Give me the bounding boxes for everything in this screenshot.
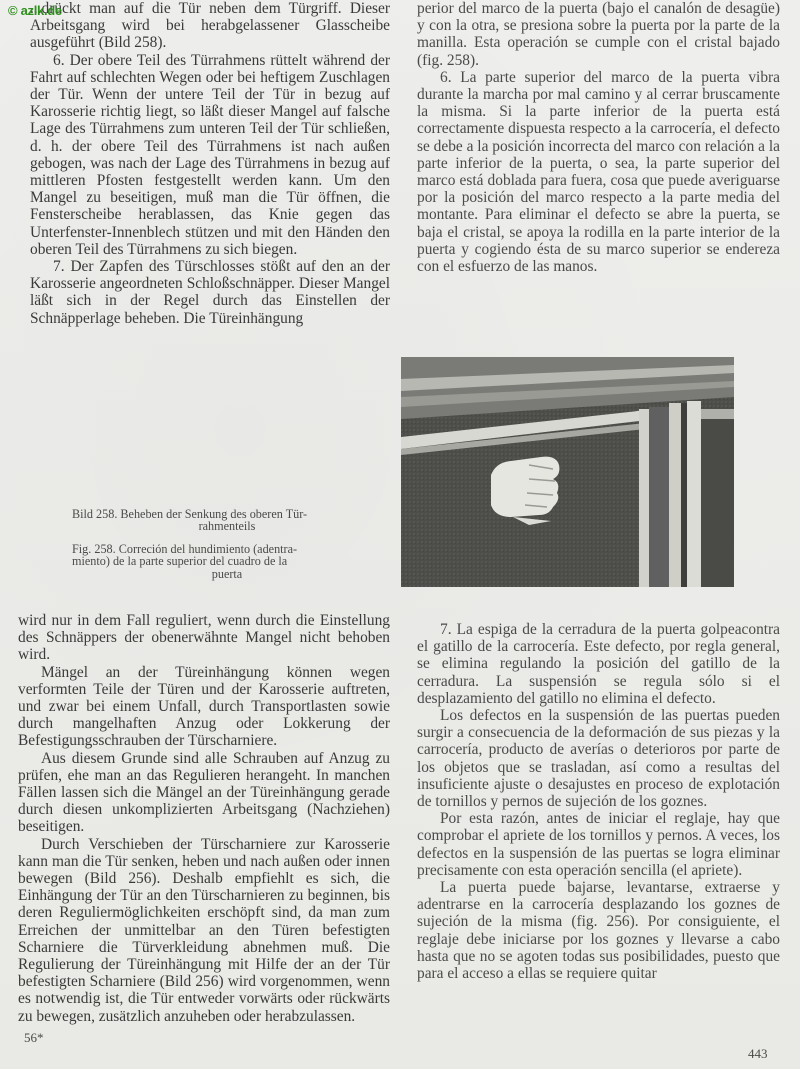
figure-caption-german: Bild 258. Beheben der Senkung des oberen…	[72, 508, 382, 533]
paragraph: Por esta razón, antes de iniciar el regl…	[417, 810, 780, 879]
paragraph: Mängel an der Türeinhängung können wegen…	[18, 664, 390, 750]
caption-line: rahmenteils	[72, 520, 382, 532]
figure-caption-spanish: Fig. 258. Correción del hundimiento (ade…	[72, 543, 382, 580]
paragraph: ...drückt man auf die Tür neben dem Türg…	[30, 0, 390, 52]
caption-line: miento) de la parte superior del cuadro …	[72, 555, 382, 567]
page-number-right: 443	[748, 1046, 768, 1062]
right-column-top: perior del marco de la puerta (bajo el c…	[417, 0, 780, 275]
paragraph: perior del marco de la puerta (bajo el c…	[417, 0, 780, 69]
paragraph: Durch Verschieben der Türscharniere zur …	[18, 836, 390, 1025]
left-column-bottom: wird nur in dem Fall reguliert, wenn dur…	[18, 612, 390, 1025]
page-marker-left: 56*	[24, 1030, 44, 1046]
paragraph: 6. Der obere Teil des Türrahmens rüttelt…	[30, 52, 390, 258]
paragraph: La puerta puede bajarse, levantarse, ext…	[417, 879, 780, 982]
paragraph: wird nur in dem Fall reguliert, wenn dur…	[18, 612, 390, 664]
paragraph: Los defectos en la suspensión de las pue…	[417, 707, 780, 810]
figure-258-photo	[401, 357, 734, 587]
left-column-top: ...drückt man auf die Tür neben dem Türg…	[18, 0, 390, 327]
paragraph: Aus diesem Grunde sind alle Schrauben au…	[18, 750, 390, 836]
car-door-hand-icon	[401, 357, 734, 587]
caption-line: puerta	[72, 568, 382, 580]
watermark: © azlk.de	[8, 3, 62, 18]
paragraph: 6. La parte superior del marco de la pue…	[417, 69, 780, 275]
paragraph: 7. La espiga de la cerradura de la puert…	[417, 621, 780, 707]
right-column-bottom: 7. La espiga de la cerradura de la puert…	[417, 621, 780, 982]
scanned-book-page: © azlk.de ...drückt man auf die Tür nebe…	[0, 0, 800, 1069]
paragraph: 7. Der Zapfen des Türschlosses stößt auf…	[30, 258, 390, 327]
